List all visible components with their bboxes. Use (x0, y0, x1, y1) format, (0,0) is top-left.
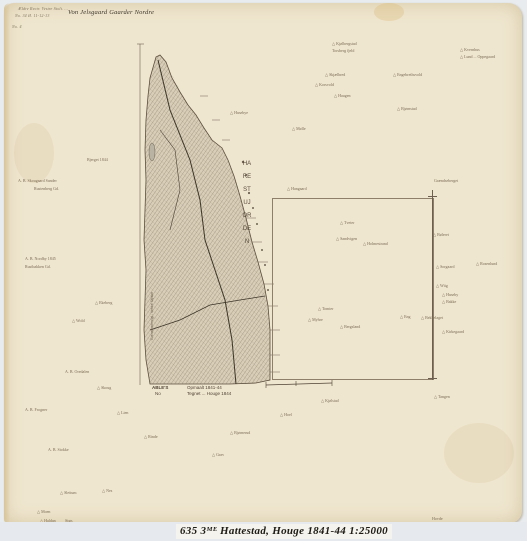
place-annotation: △ Hoel (280, 412, 292, 417)
scale-caption-mid: Opmaalt 1841-44 (187, 385, 222, 390)
place-annotation: △ Sorgaard (436, 264, 454, 269)
place-annotation: △ Wiig (436, 283, 448, 288)
place-annotation: △ Holmestrand (363, 241, 388, 246)
place-annotation: △ Rinde (144, 434, 158, 439)
place-annotation: △ Sandvigen (336, 236, 357, 241)
place-annotation: Torsberg fjeld (332, 48, 354, 53)
frame-right-line (432, 190, 433, 380)
place-annotation: △ Bekkelaget (421, 315, 443, 320)
scale-caption-right: Tegnet ... Houge 1844 (187, 391, 231, 396)
place-annotation: △ Korsvold (315, 82, 334, 87)
place-annotation: △ Moen (37, 509, 50, 514)
place-annotation: △ Grav (212, 452, 224, 457)
place-annotation: A. B. Stokke (48, 447, 69, 452)
place-annotation: △ Kjølstad (321, 398, 339, 403)
place-annotation: △ Bjørnstad (397, 106, 417, 111)
scale-caption-left: ABLE'S (152, 385, 168, 390)
place-annotation: △ Nes (102, 488, 112, 493)
place-annotation: △ Kirkegaard (442, 329, 464, 334)
place-annotation: △ Tveter (340, 220, 354, 225)
place-annotation: △ Ekeberg (95, 300, 112, 305)
place-annotation: △ Lien (117, 410, 128, 415)
side-label: Grenseoversigt - Vestre Stykke (150, 292, 154, 340)
place-annotation: △ Rosenlund (476, 261, 497, 266)
sheet-caption: 635 3ᴹᴱ Hattestad, Houge 1841-44 1:25000 (176, 524, 392, 539)
place-annotation: △ Eng (400, 314, 411, 319)
place-annotation: Rustbakken Gd. (25, 264, 51, 269)
place-annotation: △ Tomter (318, 306, 334, 311)
place-annotation: △ Tangen (434, 394, 450, 399)
place-annotation: △ Bergsland (340, 324, 360, 329)
place-annotation: △ Slettum (60, 490, 77, 495)
place-annotation: △ Hangaard (287, 186, 307, 191)
place-annotation: △ Husebye (230, 110, 248, 115)
place-annotation: A. B. Oredalen (65, 369, 89, 374)
scale-caption-sub: No (155, 391, 161, 396)
place-annotation: △ Bøleret (433, 232, 449, 237)
place-annotation: △ Wold (72, 318, 85, 323)
frame-tick (428, 378, 437, 379)
place-annotation: △ Huseby (442, 292, 458, 297)
place-annotation: Grændseberget (434, 178, 458, 183)
adjacent-sheet-frame (272, 198, 434, 380)
place-annotation: △ Kvernhus (460, 47, 480, 52)
place-annotation: A. B. Frogner (25, 407, 47, 412)
place-annotation: △ Skjælbred (325, 72, 345, 77)
place-annotation: △ Haugen (334, 93, 351, 98)
place-annotation: Rustenberg Gd. (34, 186, 59, 191)
coast-label: HARESTUJORDEN (242, 158, 252, 249)
place-annotation: Bjerget 1844 (87, 157, 108, 162)
place-annotation: △ Mølle (292, 126, 306, 131)
place-annotation: △ Bjørnerud (230, 430, 250, 435)
place-annotation: △ Lund ... Oppegaard (460, 54, 495, 59)
place-annotation: △ Bakke (442, 299, 456, 304)
place-annotation: △ Myhre (308, 317, 323, 322)
place-annotation: △ Skoug (97, 385, 111, 390)
place-annotation: A. B. Skougaard Sander (18, 178, 57, 183)
place-annotation: △ Engebrethsvold (393, 72, 422, 77)
place-annotation: △ Kjølbergstad (332, 41, 357, 46)
place-annotation: A. B. Nordby 1845 (25, 256, 56, 261)
place-annotation: Hovde (432, 516, 443, 521)
map-land-area (0, 0, 527, 541)
frame-tick (428, 196, 437, 197)
